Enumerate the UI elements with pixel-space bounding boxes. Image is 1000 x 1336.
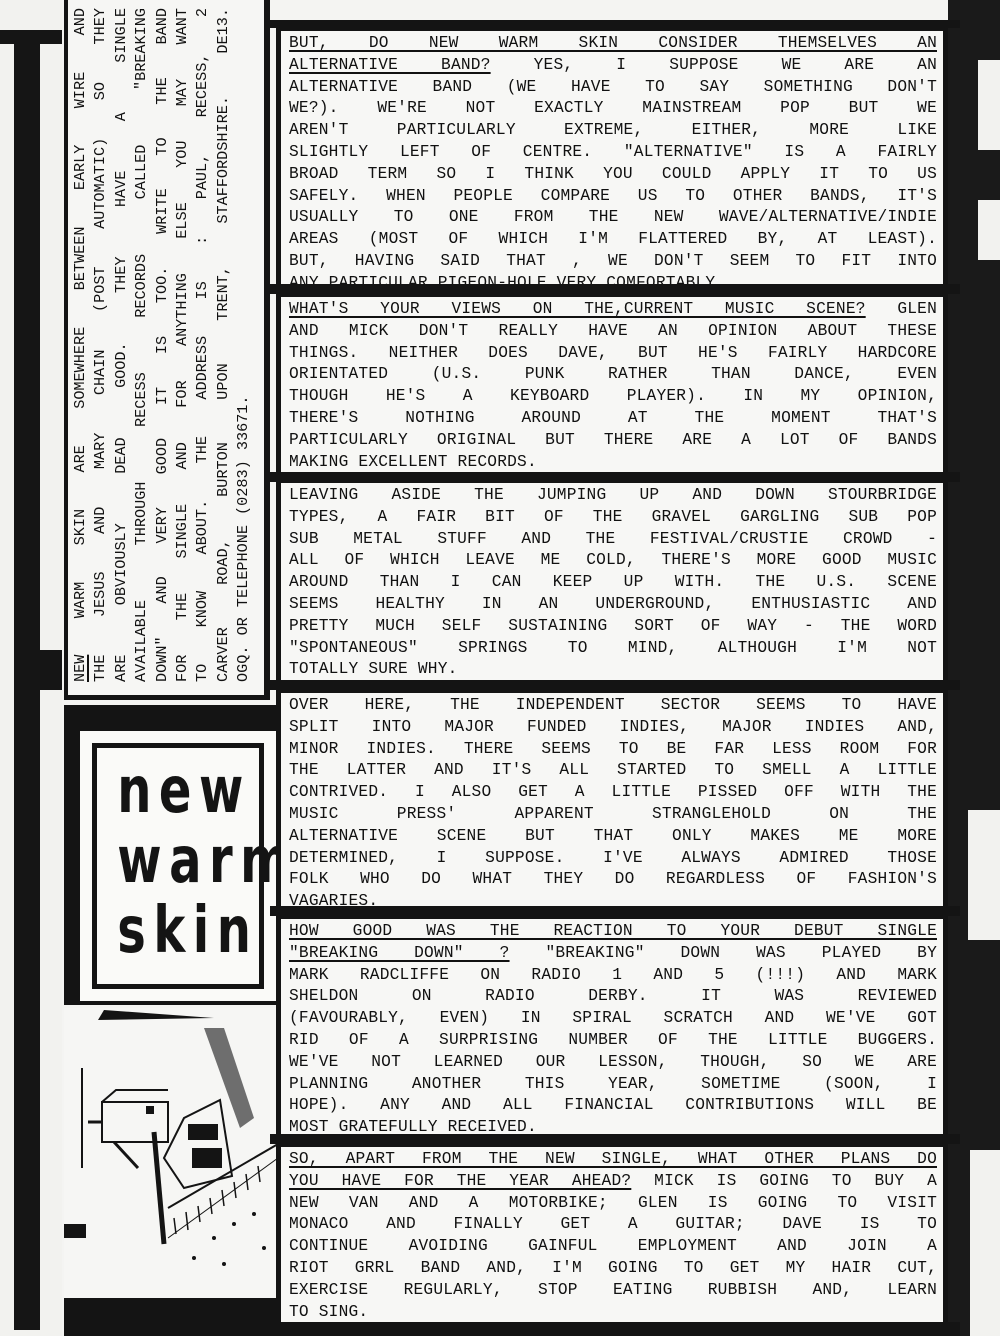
- interview-answer: PRETTY MUCH SELF SUSTAINING SORT OF WAY …: [289, 617, 937, 635]
- interview-answer: GLEN: [866, 300, 937, 318]
- interview-line: DETERMINED, I SUPPOSE. I'VE ALWAYS ADMIR…: [289, 848, 937, 870]
- interview-line: SUB METAL STUFF AND THE FESTIVAL/CRUSTIE…: [289, 529, 937, 551]
- interview-line: SPLIT INTO MAJOR FUNDED INDIES, MAJOR IN…: [289, 717, 937, 739]
- interview-section-music-scene: WHAT'S YOUR VIEWS ON THE,CURRENT MUSIC S…: [276, 292, 948, 481]
- interview-answer: (FAVOURABLY, EVEN) IN SPIRAL SCRATCH AND…: [289, 1009, 937, 1027]
- interview-line: "BREAKING DOWN" ? "BREAKING" DOWN WAS PL…: [289, 943, 937, 965]
- band-logo: new warm skin: [92, 743, 264, 989]
- interview-answer: OVER HERE, THE INDEPENDENT SECTOR SEEMS …: [289, 696, 937, 714]
- interview-answer: SAFELY. WHEN PEOPLE COMPARE US TO OTHER …: [289, 187, 937, 205]
- info-line: ARE OBVIOUSLY DEAD GOOD. THEY HAVE A SIN…: [111, 8, 131, 682]
- band-info-text: NEW WARM SKIN ARE SOMEWHERE BETWEEN EARL…: [68, 0, 264, 690]
- interview-answer: ALTERNATIVE BAND (WE HAVE TO SAY SOMETHI…: [289, 78, 937, 96]
- interview-question: BUT, DO NEW WARM SKIN CONSIDER THEMSELVE…: [289, 34, 937, 52]
- interview-answer: BROAD TERM SO I THINK YOU COULD APPLY IT…: [289, 165, 937, 183]
- street-illustration: [64, 1008, 288, 1336]
- interview-line: USUALLY TO ONE FROM THE NEW WAVE/ALTERNA…: [289, 207, 937, 229]
- interview-answer: THE LATTER AND IT'S ALL STARTED TO SMELL…: [289, 761, 937, 779]
- interview-line: AND MICK DON'T REALLY HAVE AN OPINION AB…: [289, 321, 937, 343]
- interview-answer: MAKING EXCELLENT RECORDS.: [289, 453, 537, 471]
- interview-line: LEAVING ASIDE THE JUMPING UP AND DOWN ST…: [289, 485, 937, 507]
- interview-section-scene-continued: LEAVING ASIDE THE JUMPING UP AND DOWN ST…: [276, 478, 948, 689]
- interview-line: YOU HAVE FOR THE YEAR AHEAD? MICK IS GOI…: [289, 1171, 937, 1193]
- interview-line: WE?). WE'RE NOT EXACTLY MAINSTREAM POP B…: [289, 98, 937, 120]
- interview-line: BROAD TERM SO I THINK YOU COULD APPLY IT…: [289, 164, 937, 186]
- ink-divider: [270, 1322, 960, 1336]
- interview-line: SEEMS HEALTHY IN AN UNDERGROUND, ENTHUSI…: [289, 594, 937, 616]
- collage-fragment: [978, 60, 1000, 150]
- interview-question: HOW GOOD WAS THE REACTION TO YOUR DEBUT …: [289, 922, 937, 940]
- interview-line: TOTALLY SURE WHY.: [289, 659, 937, 681]
- house-sketch-icon: [64, 1008, 288, 1336]
- interview-answer: EXERCISE REGULARLY, STOP EATING RUBBISH …: [289, 1281, 937, 1299]
- interview-line: PRETTY MUCH SELF SUSTAINING SORT OF WAY …: [289, 616, 937, 638]
- interview-answer: USUALLY TO ONE FROM THE NEW WAVE/ALTERNA…: [289, 208, 937, 226]
- interview-line: (FAVOURABLY, EVEN) IN SPIRAL SCRATCH AND…: [289, 1008, 937, 1030]
- interview-line: RID OF A SURPRISING NUMBER OF THE LITTLE…: [289, 1030, 937, 1052]
- info-line: AVAILABLE THROUGH RECESS RECORDS CALLED …: [131, 8, 151, 682]
- interview-answer: LEAVING ASIDE THE JUMPING UP AND DOWN ST…: [289, 486, 937, 504]
- interview-answer: RID OF A SURPRISING NUMBER OF THE LITTLE…: [289, 1031, 937, 1049]
- interview-line: CONTINUE AVOIDING GAINFUL EMPLOYMENT AND…: [289, 1236, 937, 1258]
- interview-answer: THERE'S NOTHING AROUND AT THE MOMENT THA…: [289, 409, 937, 427]
- info-line: NEW WARM SKIN ARE SOMEWHERE BETWEEN EARL…: [70, 8, 90, 682]
- info-line: THE JESUS AND MARY CHAIN (POST AUTOMATIC…: [90, 8, 110, 682]
- interview-answer: MONACO AND FINALLY GET A GUITAR; DAVE IS…: [289, 1215, 937, 1233]
- interview-line: CONTRIVED. I ALSO GET A LITTLE PISSED OF…: [289, 782, 937, 804]
- collage-fragment: [968, 810, 1000, 940]
- interview-line: EXERCISE REGULARLY, STOP EATING RUBBISH …: [289, 1280, 937, 1302]
- interview-line: BUT, HAVING SAID THAT , WE DON'T SEEM TO…: [289, 251, 937, 273]
- interview-answer: YES, I SUPPOSE WE ARE AN: [491, 56, 937, 74]
- interview-line: THOUGH HE'S A KEYBOARD PLAYER). IN MY OP…: [289, 386, 937, 408]
- interview-answer: SLIGHTLY LEFT OF CENTRE. "ALTERNATIVE" I…: [289, 143, 937, 161]
- interview-answer: TOTALLY SURE WHY.: [289, 660, 458, 678]
- interview-answer: SPLIT INTO MAJOR FUNDED INDIES, MAJOR IN…: [289, 718, 937, 736]
- interview-answer: CONTRIVED. I ALSO GET A LITTLE PISSED OF…: [289, 783, 937, 801]
- interview-answer: ALL OF WHICH LEAVE ME COLD, THERE'S MORE…: [289, 551, 937, 569]
- interview-line: MONACO AND FINALLY GET A GUITAR; DAVE IS…: [289, 1214, 937, 1236]
- info-line: DOWN" AND VERY GOOD IT IS TOO. WRITE TO …: [152, 8, 172, 682]
- interview-line: THERE'S NOTHING AROUND AT THE MOMENT THA…: [289, 408, 937, 430]
- interview-line: AROUND THAN I CAN KEEP UP WITH. THE U.S.…: [289, 572, 937, 594]
- interview-line: ORIENTATED (U.S. PUNK RATHER THAN DANCE,…: [289, 364, 937, 386]
- interview-answer: DETERMINED, I SUPPOSE. I'VE ALWAYS ADMIR…: [289, 849, 937, 867]
- interview-answer: WE'VE NOT LEARNED OUR LESSON, THOUGH, SO…: [289, 1053, 937, 1071]
- interview-line: RIOT GRRL BAND AND, I'M GOING TO GET MY …: [289, 1258, 937, 1280]
- collage-fragment: [978, 200, 1000, 260]
- interview-line: ALTERNATIVE BAND? YES, I SUPPOSE WE ARE …: [289, 55, 937, 77]
- interview-section-debut-single: HOW GOOD WAS THE REACTION TO YOUR DEBUT …: [276, 914, 948, 1147]
- interview-line: MINOR INDIES. THERE SEEMS TO BE FAR LESS…: [289, 739, 937, 761]
- interview-line: SHELDON ON RADIO DERBY. IT WAS REVIEWED: [289, 986, 937, 1008]
- interview-section-alternative: BUT, DO NEW WARM SKIN CONSIDER THEMSELVE…: [276, 26, 948, 303]
- interview-answer: THINGS. NEITHER DOES DAVE, BUT HE'S FAIR…: [289, 344, 937, 362]
- interview-answer: RIOT GRRL BAND AND, I'M GOING TO GET MY …: [289, 1259, 937, 1277]
- interview-line: "SPONTANEOUS" SPRINGS TO MIND, ALTHOUGH …: [289, 638, 937, 660]
- interview-question: WHAT'S YOUR VIEWS ON THE,CURRENT MUSIC S…: [289, 300, 866, 318]
- interview-answer: MINOR INDIES. THERE SEEMS TO BE FAR LESS…: [289, 740, 937, 758]
- interview-line: WE'VE NOT LEARNED OUR LESSON, THOUGH, SO…: [289, 1052, 937, 1074]
- interview-answer: TYPES, A FAIR BIT OF THE GRAVEL GARGLING…: [289, 508, 937, 526]
- interview-answer: "SPONTANEOUS" SPRINGS TO MIND, ALTHOUGH …: [289, 639, 937, 657]
- info-line: TO KNOW ABOUT. THE ADDRESS IS : PAUL, RE…: [192, 8, 212, 682]
- info-line: CARVER ROAD, BURTON UPON TRENT, STAFFORD…: [213, 8, 233, 682]
- interview-line: TO SING.: [289, 1302, 937, 1324]
- interview-line: SAFELY. WHEN PEOPLE COMPARE US TO OTHER …: [289, 186, 937, 208]
- logo-word: new: [117, 756, 239, 826]
- interview-question: "BREAKING DOWN" ?: [289, 944, 510, 962]
- interview-line: HOPE). ANY AND ALL FINANCIAL CONTRIBUTIO…: [289, 1095, 937, 1117]
- interview-line: MUSIC PRESS' APPARENT STRANGLEHOLD ON TH…: [289, 804, 937, 826]
- interview-answer: SUB METAL STUFF AND THE FESTIVAL/CRUSTIE…: [289, 530, 937, 548]
- interview-line: WHAT'S YOUR VIEWS ON THE,CURRENT MUSIC S…: [289, 299, 937, 321]
- interview-answer: SHELDON ON RADIO DERBY. IT WAS REVIEWED: [289, 987, 937, 1005]
- interview-line: OVER HERE, THE INDEPENDENT SECTOR SEEMS …: [289, 695, 937, 717]
- interview-answer: FOLK WHO DO WHAT THEY DO REGARDLESS OF F…: [289, 870, 937, 888]
- interview-line: AREAS (MOST OF WHICH I'M FLATTERED BY, A…: [289, 229, 937, 251]
- interview-answer: AROUND THAN I CAN KEEP UP WITH. THE U.S.…: [289, 573, 937, 591]
- band-info-sidebar: NEW WARM SKIN ARE SOMEWHERE BETWEEN EARL…: [64, 0, 270, 700]
- interview-answer: "BREAKING" DOWN WAS PLAYED BY: [510, 944, 937, 962]
- interview-line: NEW VAN AND A MOTORBIKE; GLEN IS GOING T…: [289, 1193, 937, 1215]
- interview-line: THE LATTER AND IT'S ALL STARTED TO SMELL…: [289, 760, 937, 782]
- interview-line: ALTERNATIVE SCENE BUT THAT ONLY MAKES ME…: [289, 826, 937, 848]
- interview-answer: WE?). WE'RE NOT EXACTLY MAINSTREAM POP B…: [289, 99, 937, 117]
- interview-question: ALTERNATIVE BAND?: [289, 56, 491, 74]
- interview-line: SO, APART FROM THE NEW SINGLE, WHAT OTHE…: [289, 1149, 937, 1171]
- interview-answer: BUT, HAVING SAID THAT , WE DON'T SEEM TO…: [289, 252, 937, 270]
- interview-answer: AND MICK DON'T REALLY HAVE AN OPINION AB…: [289, 322, 937, 340]
- interview-question: SO, APART FROM THE NEW SINGLE, WHAT OTHE…: [289, 1150, 937, 1168]
- logo-word: warm: [117, 826, 239, 896]
- interview-answer: THOUGH HE'S A KEYBOARD PLAYER). IN MY OP…: [289, 387, 937, 405]
- interview-line: SLIGHTLY LEFT OF CENTRE. "ALTERNATIVE" I…: [289, 142, 937, 164]
- interview-answer: AREN'T PARTICULARLY EXTREME, EITHER, MOR…: [289, 121, 937, 139]
- interview-line: MARK RADCLIFFE ON RADIO 1 AND 5 (!!!) AN…: [289, 965, 937, 987]
- interview-answer: MICK IS GOING TO BUY A: [631, 1172, 937, 1190]
- info-line: OGQ. OR TELEPHONE (0283) 33671.: [233, 8, 253, 682]
- interview-line: TYPES, A FAIR BIT OF THE GRAVEL GARGLING…: [289, 507, 937, 529]
- interview-line: FOLK WHO DO WHAT THEY DO REGARDLESS OF F…: [289, 869, 937, 891]
- interview-section-independent-sector: OVER HERE, THE INDEPENDENT SECTOR SEEMS …: [276, 688, 948, 921]
- interview-answer: MUSIC PRESS' APPARENT STRANGLEHOLD ON TH…: [289, 805, 937, 823]
- interview-answer: ORIENTATED (U.S. PUNK RATHER THAN DANCE,…: [289, 365, 937, 383]
- interview-answer: PARTICULARLY ORIGINAL BUT THERE ARE A LO…: [289, 431, 937, 449]
- interview-answer: MARK RADCLIFFE ON RADIO 1 AND 5 (!!!) AN…: [289, 966, 937, 984]
- interview-answer: NEW VAN AND A MOTORBIKE; GLEN IS GOING T…: [289, 1194, 937, 1212]
- interview-line: HOW GOOD WAS THE REACTION TO YOUR DEBUT …: [289, 921, 937, 943]
- interview-line: MAKING EXCELLENT RECORDS.: [289, 452, 937, 474]
- interview-answer: AREAS (MOST OF WHICH I'M FLATTERED BY, A…: [289, 230, 937, 248]
- interview-line: PARTICULARLY ORIGINAL BUT THERE ARE A LO…: [289, 430, 937, 452]
- info-line: FOR THE SINGLE AND FOR ANYTHING ELSE YOU…: [172, 8, 192, 682]
- interview-section-plans: SO, APART FROM THE NEW SINGLE, WHAT OTHE…: [276, 1142, 948, 1331]
- interview-answer: PLANNING ANOTHER THIS YEAR, SOMETIME (SO…: [289, 1075, 937, 1093]
- logo-word: skin: [117, 896, 239, 966]
- collage-fragment: [18, 650, 62, 690]
- interview-answer: SEEMS HEALTHY IN AN UNDERGROUND, ENTHUSI…: [289, 595, 937, 613]
- interview-answer: CONTINUE AVOIDING GAINFUL EMPLOYMENT AND…: [289, 1237, 937, 1255]
- interview-line: ALTERNATIVE BAND (WE HAVE TO SAY SOMETHI…: [289, 77, 937, 99]
- interview-line: AREN'T PARTICULARLY EXTREME, EITHER, MOR…: [289, 120, 937, 142]
- interview-answer: ALTERNATIVE SCENE BUT THAT ONLY MAKES ME…: [289, 827, 937, 845]
- interview-line: BUT, DO NEW WARM SKIN CONSIDER THEMSELVE…: [289, 33, 937, 55]
- interview-line: THINGS. NEITHER DOES DAVE, BUT HE'S FAIR…: [289, 343, 937, 365]
- band-logo-block: new warm skin: [64, 705, 288, 1005]
- interview-answer: TO SING.: [289, 1303, 368, 1321]
- interview-answer: HOPE). ANY AND ALL FINANCIAL CONTRIBUTIO…: [289, 1096, 937, 1114]
- interview-question: YOU HAVE FOR THE YEAR AHEAD?: [289, 1172, 631, 1190]
- collage-fragment: [970, 1150, 1000, 1336]
- interview-line: PLANNING ANOTHER THIS YEAR, SOMETIME (SO…: [289, 1074, 937, 1096]
- interview-line: ALL OF WHICH LEAVE ME COLD, THERE'S MORE…: [289, 550, 937, 572]
